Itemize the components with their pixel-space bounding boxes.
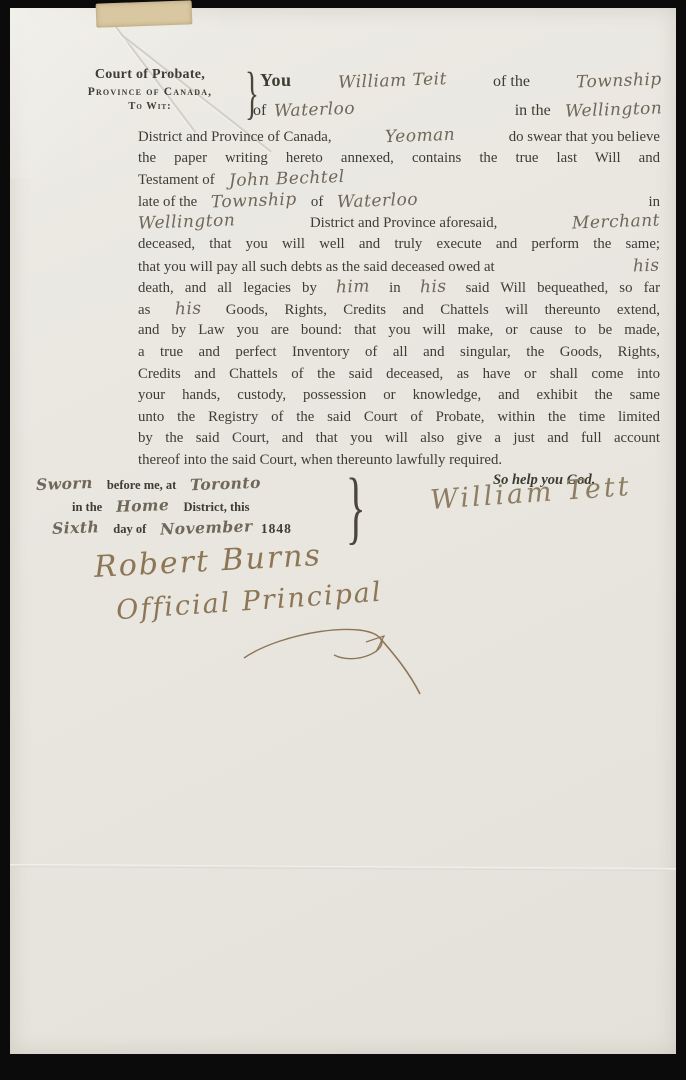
attestation-line-2: in the Home District, this	[72, 496, 346, 518]
oath-line-3: District and Province of Canada, Yeoman …	[138, 126, 660, 148]
you-word: You	[260, 70, 292, 91]
printed-text: District and Province of Canada,	[138, 127, 332, 148]
oath-line-12: and by Law you are bound: that you will …	[138, 320, 660, 342]
oath-line-8: deceased, that you will well and truly e…	[138, 234, 660, 256]
tape-strip	[96, 0, 193, 27]
oath-line-4: the paper writing hereto annexed, contai…	[138, 148, 660, 170]
printed-text: Goods, Rights, Credits and Chattels will…	[226, 302, 660, 318]
official-signature: Robert Burns	[93, 538, 322, 585]
deponent-name-field: William Teit	[337, 69, 447, 93]
horizontal-fold-crease	[10, 864, 676, 871]
oath-line-7: Wellington District and Province aforesa…	[138, 212, 660, 234]
printed-text: before me, at	[107, 478, 177, 493]
township-field: Township	[211, 191, 297, 213]
place-field: Waterloo	[274, 99, 356, 122]
printed-text: of the	[493, 73, 530, 91]
document-page: Court of Probate, Province of Canada, To…	[10, 8, 676, 1054]
occupation-field: Yeoman	[385, 126, 456, 148]
township-field: Township	[576, 70, 662, 93]
printed-text: in the	[72, 500, 102, 515]
oath-line-9: that you will pay all such debts as the …	[138, 256, 660, 278]
place-field: Waterloo	[337, 191, 419, 213]
printed-text: death, and all legacies by	[138, 280, 317, 296]
printed-text: in	[648, 192, 660, 213]
oath-line-6: late of the Township of Waterloo in	[138, 191, 660, 213]
province-line: Province of Canada,	[56, 85, 244, 101]
district-field: Wellington	[138, 212, 236, 234]
sworn-field: Sworn	[36, 473, 93, 494]
year-text: 1848	[261, 521, 292, 537]
attestation-brace: }	[346, 466, 366, 548]
printed-text: Testament of	[138, 170, 215, 191]
printed-text: of	[311, 192, 323, 213]
pronoun-field: his	[633, 256, 660, 278]
oath-line-5: Testament of John Bechtel	[138, 169, 660, 191]
deponent-signature: William Tett	[429, 471, 632, 516]
pronoun-field: his	[419, 277, 446, 299]
printed-text: said Will bequeathed, so far	[466, 280, 660, 296]
printed-text: do swear that you believe	[509, 127, 660, 148]
printed-text: District, this	[183, 500, 249, 515]
court-header: Court of Probate, Province of Canada, To…	[56, 66, 244, 115]
printed-text: in the	[515, 102, 551, 120]
printed-text: of	[253, 102, 266, 120]
printed-text: District and Province aforesaid,	[310, 213, 497, 234]
occupation-field: Merchant	[572, 212, 660, 234]
printed-text: as	[138, 302, 150, 318]
printed-text: day of	[113, 522, 146, 537]
oath-line-17: by the said Court, and that you will als…	[138, 428, 660, 450]
printed-text: in	[389, 280, 401, 296]
oath-line-11: as his Goods, Rights, Credits and Chatte…	[138, 299, 660, 321]
sworn-district-field: Home	[116, 495, 170, 516]
signature-flourish	[238, 612, 448, 696]
attestation-line-3: Sixth day of November 1848	[52, 518, 346, 540]
oath-line-13: a true and perfect Inventory of all and …	[138, 342, 660, 364]
to-wit-line: To Wit:	[56, 100, 244, 114]
testator-name-field: John Bechtel	[228, 169, 344, 191]
oath-line-2: of Waterloo in the Wellington	[253, 100, 662, 120]
vertical-fold-crease	[102, 868, 104, 1054]
printed-text: that you will pay all such debts as the …	[138, 257, 495, 278]
pronoun-field: his	[174, 299, 201, 321]
printed-text: late of the	[138, 192, 197, 213]
attestation-block: Sworn before me, at Toronto in the Home …	[36, 474, 346, 540]
pronoun-field: him	[336, 277, 371, 299]
oath-line-18: thereof into the said Court, when thereu…	[138, 450, 660, 472]
oath-line-1: You William Teit of the Township	[260, 70, 662, 91]
oath-line-14: Credits and Chattels of the said decease…	[138, 364, 660, 386]
attestation-line-1: Sworn before me, at Toronto	[36, 474, 346, 496]
court-name: Court of Probate,	[56, 66, 244, 85]
oath-line-15: your hands, custody, possession or knowl…	[138, 385, 660, 407]
district-field: Wellington	[564, 98, 662, 121]
scan-background: { "colors": { "border": "#0b0b0b", "pape…	[0, 0, 686, 1080]
oath-paragraph: District and Province of Canada, Yeoman …	[138, 126, 660, 472]
month-field: November	[160, 516, 253, 538]
day-field: Sixth	[52, 517, 100, 538]
oath-line-16: unto the Registry of the said Court of P…	[138, 407, 660, 429]
sworn-place-field: Toronto	[190, 473, 261, 494]
oath-line-10: death, and all legacies by him in his sa…	[138, 277, 660, 299]
